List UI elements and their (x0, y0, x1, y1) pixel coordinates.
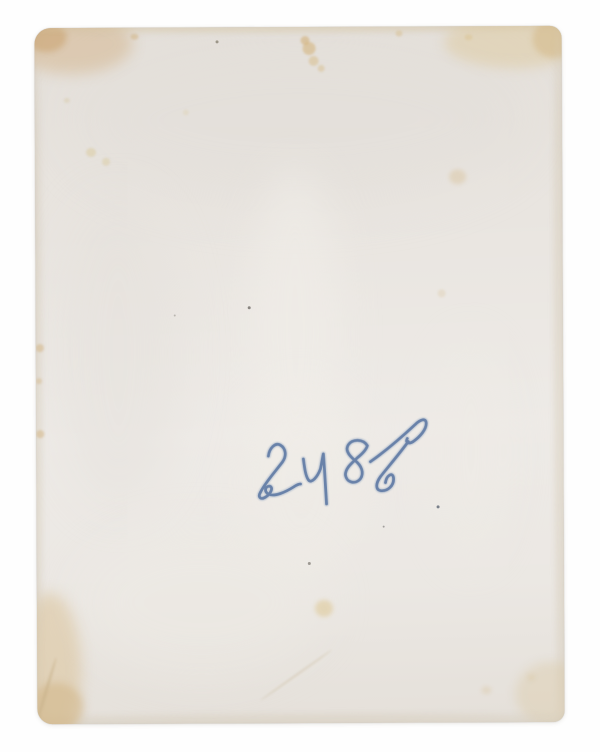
foxing-spot (102, 158, 110, 166)
corner-wash-top-right (444, 26, 564, 69)
corner-wash-bottom-right (515, 662, 564, 724)
foxing-spot (449, 169, 466, 184)
corner-wash-bottom-left (34, 593, 81, 724)
foxing-spot (315, 600, 333, 617)
digit-2-stroke (259, 444, 300, 498)
foxing-spot (465, 34, 473, 40)
foxing-spot (481, 686, 491, 694)
edge-tint-top (34, 26, 564, 34)
scan-background: 2485 (0, 0, 600, 752)
dark-speck (248, 306, 251, 309)
corner-wash-top-right-core (532, 26, 564, 58)
corner-wash-top-left (34, 26, 132, 74)
handwriting-svg (250, 414, 445, 515)
corner-wash-bottom-left-core (34, 683, 83, 724)
edge-tint-left (34, 64, 43, 689)
dark-speck (383, 526, 385, 528)
crease-bottom-left (34, 657, 57, 724)
foxing-spot (309, 56, 319, 66)
dark-speck (174, 315, 176, 317)
foxing-spot (86, 148, 96, 157)
edge-tint-bottom (34, 713, 564, 724)
stain-layer (34, 26, 564, 724)
light-patch-bottom (77, 527, 328, 678)
photo-verso-paper: 2485 (34, 26, 564, 724)
foxing-spot (183, 109, 189, 115)
foxing-spot (64, 98, 70, 103)
foxing-spot (318, 65, 325, 72)
foxing-spot (301, 36, 310, 45)
foxing-spot (303, 42, 316, 55)
foxing-edge-spot (36, 344, 44, 352)
foxing-spot (527, 674, 535, 681)
scratch-bottom-center (260, 649, 333, 701)
foxing-spot (395, 31, 402, 37)
digit-5-stroke (370, 420, 426, 491)
foxing-edge-spot (36, 430, 44, 438)
corner-wash-top-left-core (34, 26, 66, 52)
dark-speck (308, 562, 311, 565)
shade-top-area (75, 36, 526, 203)
foxing-spot (438, 289, 446, 297)
pencil-stroke-core (259, 420, 427, 504)
shade-left-center (55, 198, 181, 509)
dark-speck (216, 40, 219, 43)
edge-tint-right (552, 26, 564, 724)
page: { "page": { "background_color": "#fefefe… (0, 0, 600, 752)
foxing-edge-spot (36, 378, 42, 384)
handwritten-number: 2485 (250, 414, 445, 515)
foxing-spot (131, 34, 139, 40)
